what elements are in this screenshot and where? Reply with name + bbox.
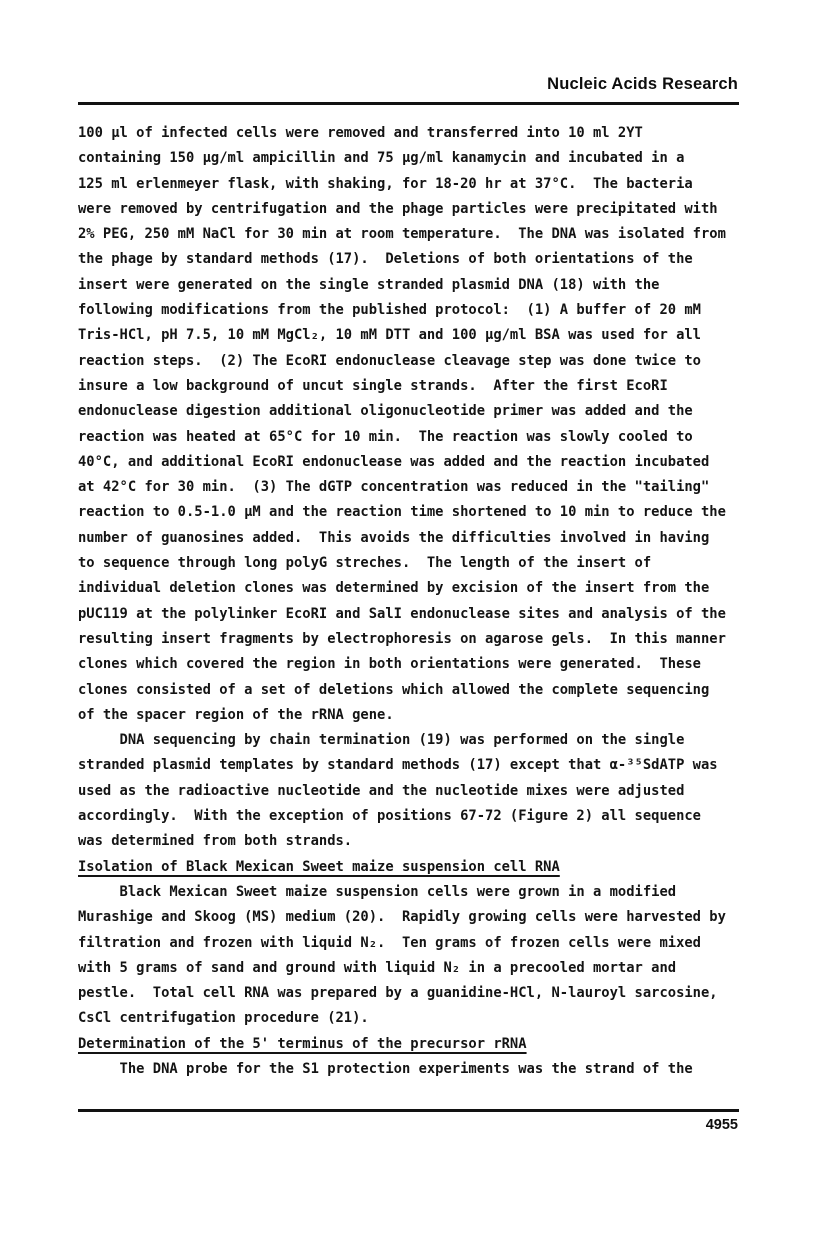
- body-line: 125 ml erlenmeyer flask, with shaking, f…: [78, 172, 746, 197]
- body-line: insert were generated on the single stra…: [78, 273, 746, 298]
- body-line: pestle. Total cell RNA was prepared by a…: [78, 981, 746, 1006]
- header-rule: [78, 102, 739, 105]
- body-line: Murashige and Skoog (MS) medium (20). Ra…: [78, 905, 746, 930]
- body-line: Tris-HCl, pH 7.5, 10 mM MgCl₂, 10 mM DTT…: [78, 323, 746, 348]
- footer-rule: [78, 1109, 739, 1112]
- body-line: was determined from both strands.: [78, 829, 746, 854]
- body-line: CsCl centrifugation procedure (21).: [78, 1006, 746, 1031]
- body-line: were removed by centrifugation and the p…: [78, 197, 746, 222]
- body-line: with 5 grams of sand and ground with liq…: [78, 956, 746, 981]
- body-line: the phage by standard methods (17). Dele…: [78, 247, 746, 272]
- body-line: used as the radioactive nucleotide and t…: [78, 779, 746, 804]
- body-line: 2% PEG, 250 mM NaCl for 30 min at room t…: [78, 222, 746, 247]
- body-line: of the spacer region of the rRNA gene.: [78, 703, 746, 728]
- body-line: filtration and frozen with liquid N₂. Te…: [78, 931, 746, 956]
- body-line: clones consisted of a set of deletions w…: [78, 678, 746, 703]
- body-line: 40°C, and additional EcoRI endonuclease …: [78, 450, 746, 475]
- body-line: The DNA probe for the S1 protection expe…: [78, 1057, 746, 1082]
- body-line: following modifications from the publish…: [78, 298, 746, 323]
- body-line: accordingly. With the exception of posit…: [78, 804, 746, 829]
- body-line: at 42°C for 30 min. (3) The dGTP concent…: [78, 475, 746, 500]
- body-line: containing 150 µg/ml ampicillin and 75 µ…: [78, 146, 746, 171]
- section-heading: Determination of the 5' terminus of the …: [78, 1032, 746, 1057]
- body-line: clones which covered the region in both …: [78, 652, 746, 677]
- journal-header: Nucleic Acids Research: [547, 75, 738, 94]
- body-line: 100 µl of infected cells were removed an…: [78, 121, 746, 146]
- body-text: 100 µl of infected cells were removed an…: [78, 121, 746, 1082]
- body-line: individual deletion clones was determine…: [78, 576, 746, 601]
- body-line: to sequence through long polyG streches.…: [78, 551, 746, 576]
- body-line: reaction to 0.5-1.0 µM and the reaction …: [78, 500, 746, 525]
- body-line: endonuclease digestion additional oligon…: [78, 399, 746, 424]
- body-line: reaction steps. (2) The EcoRI endonuclea…: [78, 349, 746, 374]
- body-line: reaction was heated at 65°C for 10 min. …: [78, 425, 746, 450]
- body-line: pUC119 at the polylinker EcoRI and SalI …: [78, 602, 746, 627]
- section-heading: Isolation of Black Mexican Sweet maize s…: [78, 855, 746, 880]
- body-line: stranded plasmid templates by standard m…: [78, 753, 746, 778]
- journal-title: Nucleic Acids Research: [547, 75, 738, 93]
- page-number: 4955: [706, 1117, 738, 1133]
- body-line: insure a low background of uncut single …: [78, 374, 746, 399]
- body-line: Black Mexican Sweet maize suspension cel…: [78, 880, 746, 905]
- body-line: DNA sequencing by chain termination (19)…: [78, 728, 746, 753]
- body-line: resulting insert fragments by electropho…: [78, 627, 746, 652]
- journal-page: Nucleic Acids Research 100 µl of infecte…: [0, 0, 816, 1234]
- body-line: number of guanosines added. This avoids …: [78, 526, 746, 551]
